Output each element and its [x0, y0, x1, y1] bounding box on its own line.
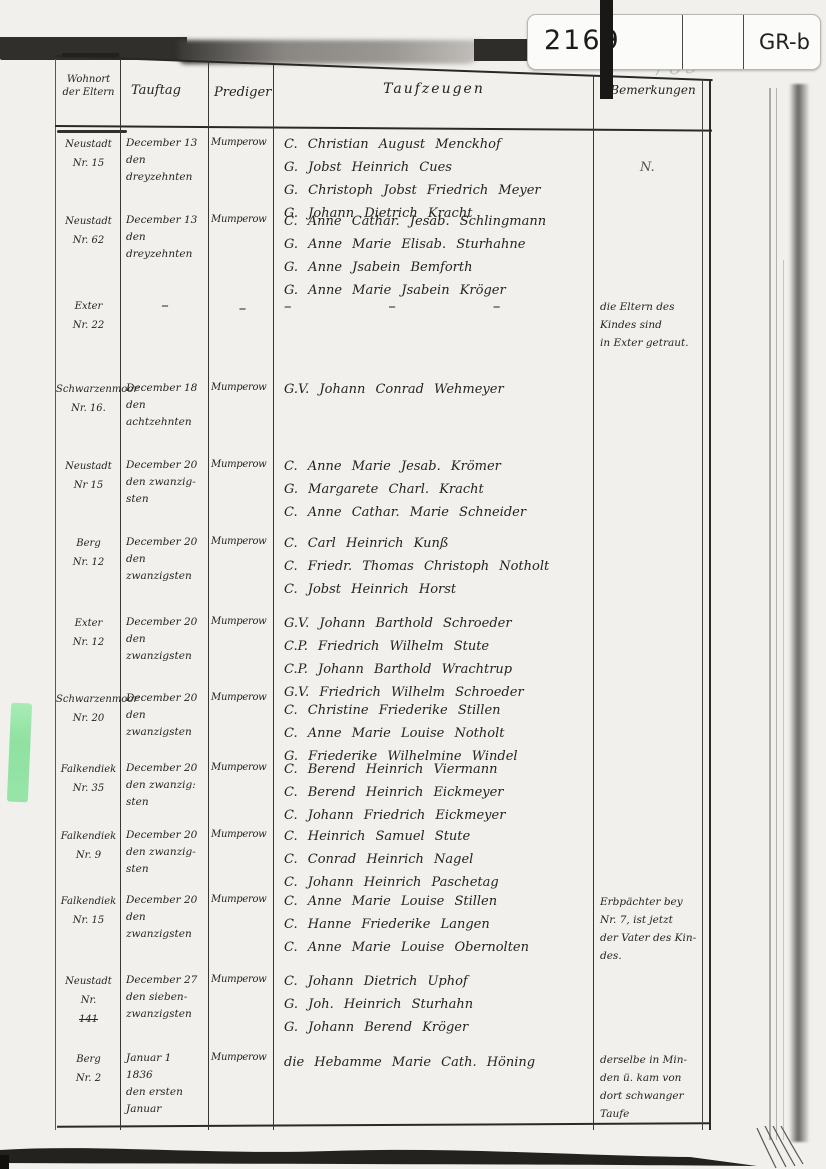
table-row: NeustadtNr.141 December 27den sieben-zwa… — [56, 970, 702, 1039]
text-line: C.P. Johann Barthold Wrachtrup — [284, 658, 594, 681]
text-line: December 13 — [126, 212, 209, 229]
text-line: C. Anne Cathar. Jesab. Schlingmann — [284, 210, 594, 233]
text-line: G. Anne Jsabein Bemforth — [284, 256, 594, 279]
text-line: Berg — [56, 1050, 121, 1069]
remarks-cell — [594, 970, 712, 1039]
text-line: C. Hanne Friederike Langen — [284, 913, 594, 936]
text-line: C. Christine Friederike Stillen — [284, 699, 594, 722]
residence-cell: ExterNr. 22 — [56, 295, 121, 352]
text-line: December 20 — [126, 614, 209, 631]
text-line: G. Johann Berend Kröger — [284, 1016, 594, 1039]
preacher-cell: Mumperow — [209, 688, 274, 768]
text-line: Falkendiek — [56, 760, 121, 779]
text-line: Neustadt — [56, 212, 121, 231]
witnesses-cell: – – – — [274, 295, 594, 352]
text-line: Nr. 16. — [56, 399, 121, 418]
text-line: C.P. Friedrich Wilhelm Stute — [284, 635, 594, 658]
text-line: den dreyzehnten — [126, 229, 209, 263]
text-line: C. Anne Marie Jesab. Krömer — [284, 455, 594, 478]
text-line: C. Anne Marie Louise Notholt — [284, 722, 594, 745]
table-row: FalkendiekNr. 15 December 20den zwanzigs… — [56, 890, 702, 965]
preacher-cell: Mumperow — [209, 970, 274, 1039]
text-line: den dreyzehnten — [126, 152, 209, 186]
baptism-date-cell: December 20den zwanzig-sten — [121, 825, 209, 894]
preacher-cell: Mumperow — [209, 210, 274, 302]
preacher-cell: Mumperow — [209, 1048, 274, 1123]
header-line: Wohnort — [56, 73, 121, 86]
text-line: G. Margarete Charl. Kracht — [284, 478, 594, 501]
remarks-cell: derselbe in Min-den ü. kam vondort schwa… — [594, 1048, 712, 1123]
header-line: der Eltern — [56, 86, 121, 99]
text-line: Nr. 15 — [56, 154, 121, 173]
residence-cell: NeustadtNr.141 — [56, 970, 121, 1039]
text-line: Nr. 2 — [56, 1069, 121, 1088]
text-line: des. — [600, 947, 712, 965]
page-edge-shadow — [783, 260, 784, 1140]
preacher-cell: Mumperow — [209, 532, 274, 601]
preacher-cell: Mumperow — [209, 890, 274, 965]
text-line: C. Heinrich Samuel Stute — [284, 825, 594, 848]
label-divider — [682, 15, 683, 69]
text-line: – — [121, 297, 209, 314]
witnesses-cell: C. Anne Marie Jesab. KrömerG. Margarete … — [274, 455, 594, 524]
text-line: G. Jobst Heinrich Cues — [284, 156, 594, 179]
text-line: in Exter getraut. — [600, 334, 712, 352]
label-code: GR-b — [759, 30, 810, 54]
text-line: G. Anne Marie Elisab. Sturhahne — [284, 233, 594, 256]
witnesses-cell: C. Johann Dietrich UphofG. Joh. Heinrich… — [274, 970, 594, 1039]
text-line: Berg — [56, 534, 121, 553]
text-line: Schwarzenmoor — [56, 380, 121, 399]
text-line: Erbpächter bey — [600, 893, 712, 911]
table-row: NeustadtNr 15 December 20den zwanzig-ste… — [56, 455, 702, 524]
text-line: G. Joh. Heinrich Sturhahn — [284, 993, 594, 1016]
text-line: C. Jobst Heinrich Horst — [284, 578, 594, 601]
text-line: Nr. 62 — [56, 231, 121, 250]
table-row: FalkendiekNr. 9 December 20den zwanzig-s… — [56, 825, 702, 894]
text-line: C. Carl Heinrich Kunß — [284, 532, 594, 555]
baptism-date-cell: December 27den sieben-zwanzigsten — [121, 970, 209, 1039]
text-line: 1836 — [126, 1067, 209, 1084]
preacher-cell: Mumperow — [209, 825, 274, 894]
baptism-date-cell: December 20den zwanzig:sten — [121, 758, 209, 827]
witnesses-cell: G.V. Johann Conrad Wehmeyer — [274, 378, 594, 431]
text-line: Nr. 12 — [56, 633, 121, 652]
witnesses-cell: C. Heinrich Samuel StuteC. Conrad Heinri… — [274, 825, 594, 894]
baptism-date-cell: December 13den dreyzehnten — [121, 210, 209, 302]
text-line: der Vater des Kin- — [600, 929, 712, 947]
baptism-date-cell: December 20den zwanzigsten — [121, 688, 209, 768]
text-line: den zwanzigsten — [126, 631, 209, 665]
text-line: den zwanzig- — [126, 474, 209, 491]
text-line: December 27 — [126, 972, 209, 989]
text-line: Falkendiek — [56, 827, 121, 846]
register-table: Wohnort der Eltern Tauftag Prediger Tauf… — [55, 57, 712, 1130]
residence-cell: BergNr. 2 — [56, 1048, 121, 1123]
text-line: December 20 — [126, 690, 209, 707]
text-line: Nr. — [56, 991, 121, 1010]
text-line: Januar — [126, 1101, 209, 1118]
header-wohnort: Wohnort der Eltern — [56, 57, 121, 125]
text-line: Januar 1 — [126, 1050, 209, 1067]
remarks-cell — [594, 378, 712, 431]
remarks-cell — [594, 758, 712, 827]
remarks-cell — [594, 825, 712, 894]
text-line: 141 — [56, 1010, 121, 1029]
text-line: den zwanzigsten — [126, 707, 209, 741]
text-line: C. Friedr. Thomas Christoph Notholt — [284, 555, 594, 578]
header-prediger: Prediger — [209, 57, 274, 125]
remarks-cell — [594, 532, 712, 601]
registry-black-bar — [600, 0, 613, 99]
text-line: Taufe — [600, 1105, 712, 1123]
residence-cell: FalkendiekNr. 15 — [56, 890, 121, 965]
baptism-date-cell: December 20den zwanzigsten — [121, 890, 209, 965]
preacher-cell: Mumperow — [209, 378, 274, 431]
archive-label: 2169 GR-b — [527, 14, 821, 70]
text-line: C. Johann Dietrich Uphof — [284, 970, 594, 993]
text-line: Exter — [56, 297, 121, 316]
table-row: SchwarzenmoorNr. 20 December 20den zwanz… — [56, 688, 702, 768]
scanned-page: 769 2169 GR-b N. Wohnort der Eltern — [0, 0, 826, 1169]
text-line: G. Christoph Jobst Friedrich Meyer — [284, 179, 594, 202]
text-line: Schwarzenmoor — [56, 690, 121, 709]
text-line: – – – — [284, 295, 594, 318]
text-line: den zwanzigsten — [126, 551, 209, 585]
preacher-cell: Mumperow — [209, 455, 274, 524]
text-line: derselbe in Min- — [600, 1051, 712, 1069]
baptism-date-cell: December 20den zwanzig-sten — [121, 455, 209, 524]
text-line: Neustadt — [56, 457, 121, 476]
text-line: den zwanzig: — [126, 777, 209, 794]
page-edge-shadow — [776, 88, 777, 1140]
text-line: Nr. 7, ist jetzt — [600, 911, 712, 929]
text-line: Nr 15 — [56, 476, 121, 495]
text-line: den achtzehnten — [126, 397, 209, 431]
text-line: Nr. 15 — [56, 911, 121, 930]
text-line: den sieben- — [126, 989, 209, 1006]
residence-cell: NeustadtNr 15 — [56, 455, 121, 524]
baptism-date-cell: – — [121, 295, 209, 352]
text-line: C. Conrad Heinrich Nagel — [284, 848, 594, 871]
text-line: Nr. 20 — [56, 709, 121, 728]
residence-cell: SchwarzenmoorNr. 16. — [56, 378, 121, 431]
remarks-cell — [594, 688, 712, 768]
text-line: Neustadt — [56, 972, 121, 991]
witnesses-cell: C. Anne Marie Louise StillenC. Hanne Fri… — [274, 890, 594, 965]
text-line: December 20 — [126, 534, 209, 551]
text-line: sten — [126, 491, 209, 508]
text-line: December 20 — [126, 760, 209, 777]
baptism-date-cell: December 20den zwanzigsten — [121, 532, 209, 601]
residence-cell: BergNr. 12 — [56, 532, 121, 601]
text-line: den ersten — [126, 1084, 209, 1101]
baptism-date-cell: Januar 11836den erstenJanuar — [121, 1048, 209, 1123]
remarks-cell — [594, 210, 712, 302]
text-line: C. Berend Heinrich Viermann — [284, 758, 594, 781]
remarks-cell: Erbpächter beyNr. 7, ist jetztder Vater … — [594, 890, 712, 965]
table-row: ExterNr. 22 – – – – – die Eltern desKind… — [56, 295, 702, 352]
witnesses-cell: C. Berend Heinrich ViermannC. Berend Hei… — [274, 758, 594, 827]
text-line: sten — [126, 861, 209, 878]
table-row: FalkendiekNr. 35 December 20den zwanzig:… — [56, 758, 702, 827]
residence-cell: FalkendiekNr. 35 — [56, 758, 121, 827]
remarks-cell — [594, 455, 712, 524]
text-line: December 13 — [126, 135, 209, 152]
text-line: G.V. Johann Conrad Wehmeyer — [284, 378, 594, 401]
text-line: C. Anne Cathar. Marie Schneider — [284, 501, 594, 524]
label-divider — [743, 15, 744, 69]
residence-cell: NeustadtNr. 62 — [56, 210, 121, 302]
residence-cell: SchwarzenmoorNr. 20 — [56, 688, 121, 768]
text-line: den zwanzig- — [126, 844, 209, 861]
text-line: December 18 — [126, 380, 209, 397]
text-line: Nr. 12 — [56, 553, 121, 572]
text-line: Kindes sind — [600, 316, 712, 334]
residence-cell: FalkendiekNr. 9 — [56, 825, 121, 894]
table-row: BergNr. 2 Januar 11836den erstenJanuar M… — [56, 1048, 702, 1123]
text-line: die Eltern des — [600, 298, 712, 316]
page-edge-shadow — [769, 88, 771, 1140]
witnesses-cell: C. Carl Heinrich KunßC. Friedr. Thomas C… — [274, 532, 594, 601]
witnesses-cell: C. Christine Friederike StillenC. Anne M… — [274, 688, 594, 768]
baptism-date-cell: December 18den achtzehnten — [121, 378, 209, 431]
text-line: Nr. 22 — [56, 316, 121, 335]
text-line: C. Anne Marie Louise Stillen — [284, 890, 594, 913]
text-line: December 20 — [126, 892, 209, 909]
text-line: dort schwanger — [600, 1087, 712, 1105]
preacher-cell: Mumperow — [209, 758, 274, 827]
preacher-cell: – — [209, 295, 274, 352]
witnesses-cell: C. Anne Cathar. Jesab. SchlingmannG. Ann… — [274, 210, 594, 302]
text-line: Nr. 9 — [56, 846, 121, 865]
text-line: C. Anne Marie Louise Obernolten — [284, 936, 594, 959]
text-line: den zwanzigsten — [126, 909, 209, 943]
witnesses-cell: die Hebamme Marie Cath. Höning — [274, 1048, 594, 1123]
text-line: zwanzigsten — [126, 1006, 209, 1023]
text-line: Exter — [56, 614, 121, 633]
table-border — [55, 125, 712, 132]
text-line: C. Christian August Menckhof — [284, 133, 594, 156]
page-corner-fan — [757, 1126, 803, 1168]
text-line: December 20 — [126, 827, 209, 844]
table-row: BergNr. 12 December 20den zwanzigsten Mu… — [56, 532, 702, 601]
table-row: SchwarzenmoorNr. 16. December 18den acht… — [56, 378, 702, 431]
text-line: Nr. 35 — [56, 779, 121, 798]
text-line: G.V. Johann Barthold Schroeder — [284, 612, 594, 635]
green-marker-strip — [7, 703, 32, 803]
page-edge-shadow — [789, 84, 809, 1142]
text-line: C. Berend Heinrich Eickmeyer — [284, 781, 594, 804]
table-row: NeustadtNr. 62 December 13den dreyzehnte… — [56, 210, 702, 302]
text-line: December 20 — [126, 457, 209, 474]
remarks-cell: die Eltern desKindes sindin Exter getrau… — [594, 295, 712, 352]
text-line: die Hebamme Marie Cath. Höning — [284, 1051, 594, 1074]
text-line: Neustadt — [56, 135, 121, 154]
text-line: Falkendiek — [56, 892, 121, 911]
text-line: sten — [126, 794, 209, 811]
text-line: C. Johann Friedrich Eickmeyer — [284, 804, 594, 827]
text-line: den ü. kam von — [600, 1069, 712, 1087]
header-tauftag: Tauftag — [121, 57, 209, 125]
scan-bottom-edge — [0, 1126, 826, 1169]
